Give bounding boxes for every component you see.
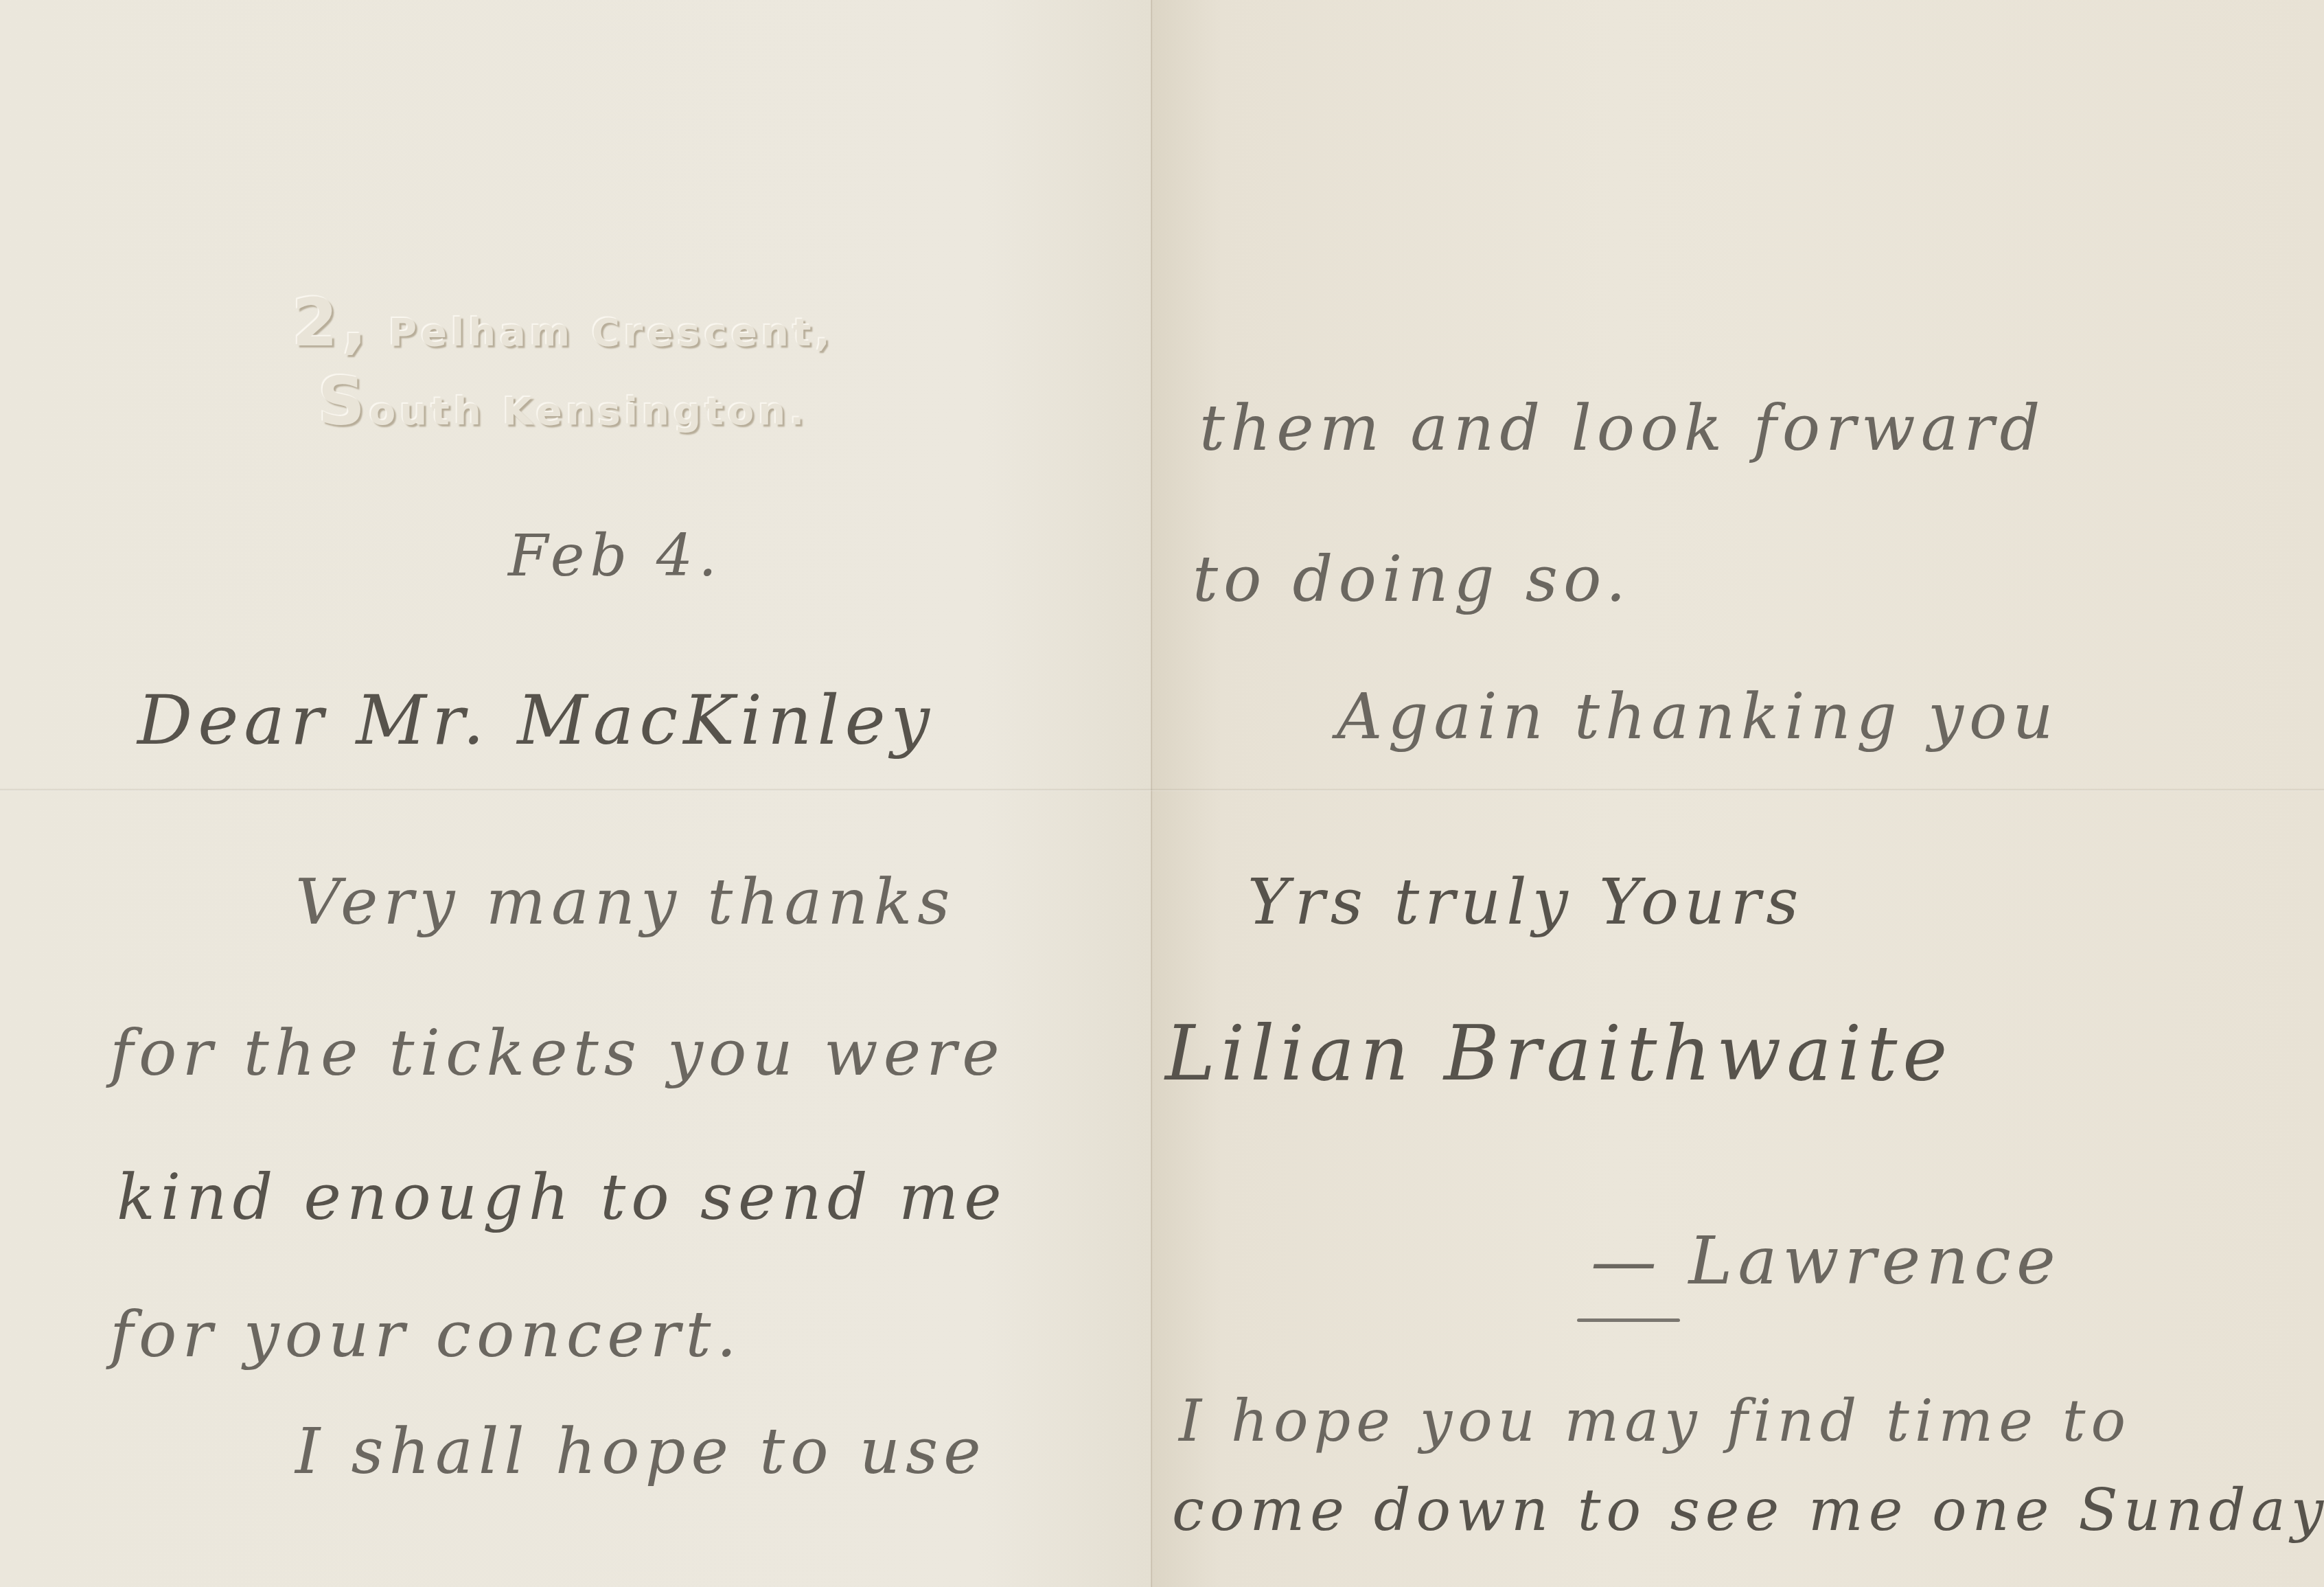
body-line-1: Very many thanks xyxy=(295,865,955,939)
signature-flourish xyxy=(1577,1318,1680,1322)
folded-letter: 2, Pelham Crescent, South Kensington. Fe… xyxy=(0,0,2324,1587)
letterhead-address-line: 2, Pelham Crescent, xyxy=(220,288,906,367)
body-line-5: I shall hope to use xyxy=(295,1415,987,1488)
body-line-3: kind enough to send me xyxy=(117,1161,1007,1234)
vertical-fold xyxy=(1151,0,1153,1587)
signature-suffix: — Lawrence xyxy=(1591,1222,2061,1299)
body-line-2: for the tickets you were xyxy=(110,1016,1005,1090)
body-line-7: to doing so. xyxy=(1193,543,1631,616)
body-line-4: for your concert. xyxy=(110,1298,742,1371)
salutation: Dear Mr. MacKinley xyxy=(137,680,935,760)
horizontal-fold xyxy=(0,788,2324,791)
closing-line-1: Again thanking you xyxy=(1337,680,2059,753)
closing-line-2: Yrs truly Yours xyxy=(1247,865,1804,939)
signature: Lilian Braithwaite xyxy=(1165,1009,1953,1097)
embossed-letterhead: 2, Pelham Crescent, South Kensington. xyxy=(220,288,906,446)
letter-date: Feb 4. xyxy=(508,522,722,589)
postscript-line-2: come down to see me one Sunday? xyxy=(1172,1476,2324,1544)
right-page: them and look forward to doing so. Again… xyxy=(1151,0,2324,1587)
letterhead-district-line: South Kensington. xyxy=(220,367,906,446)
left-page: 2, Pelham Crescent, South Kensington. Fe… xyxy=(0,0,1151,1587)
postscript-line-1: I hope you may find time to xyxy=(1179,1387,2131,1454)
body-line-6: them and look forward xyxy=(1199,391,2045,465)
